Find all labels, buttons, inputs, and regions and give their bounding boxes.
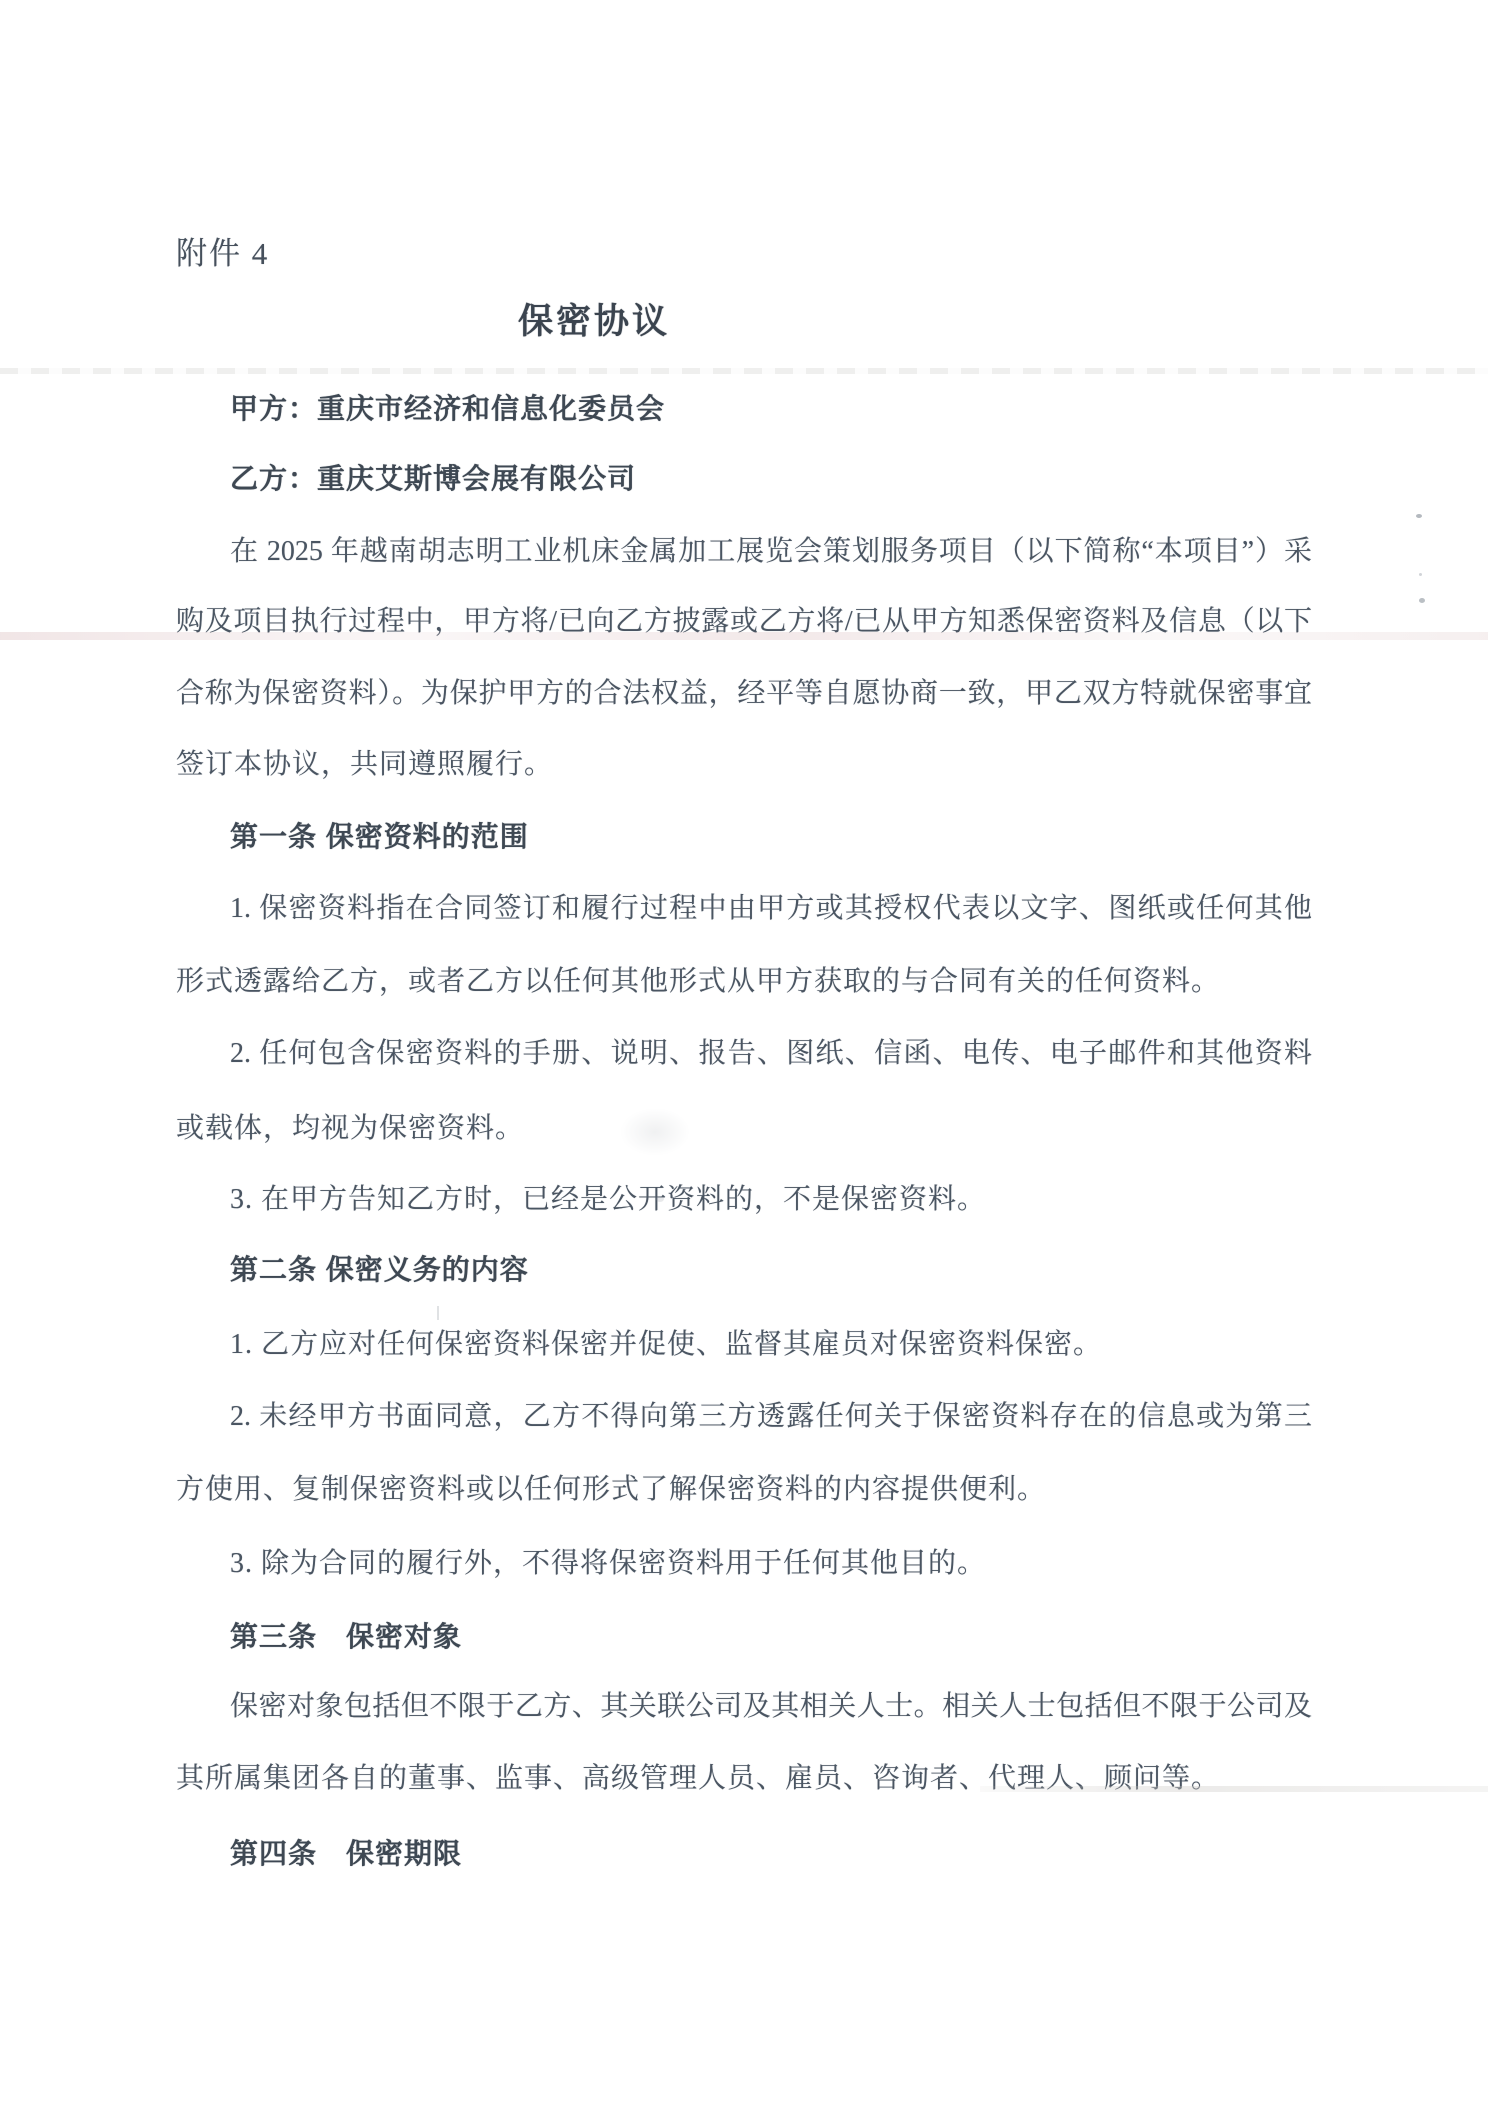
article-4-heading: 第四条 保密期限 — [230, 1837, 462, 1871]
preamble-line: 合称为保密资料）。为保护甲方的合法权益，经平等自愿协商一致，甲乙双方特就保密事宜 — [176, 677, 1312, 711]
article-1-heading: 第一条 保密资料的范围 — [230, 820, 529, 854]
scan-artifact-speck — [1416, 514, 1422, 518]
article-1-line: 或载体，均视为保密资料。 — [176, 1112, 524, 1146]
scan-artifact-speck — [1419, 598, 1425, 603]
article-1-line: 1. 保密资料指在合同签订和履行过程中由甲方或其授权代表以文字、图纸或任何其他 — [230, 892, 1312, 926]
article-1-line: 形式透露给乙方，或者乙方以任何其他形式从甲方获取的与合同有关的任何资料。 — [176, 965, 1220, 999]
article-3-heading: 第三条 保密对象 — [230, 1620, 462, 1654]
preamble-line: 签订本协议，共同遵照履行。 — [176, 748, 553, 782]
party-a-line: 甲方：重庆市经济和信息化委员会 — [230, 392, 665, 426]
scanned-document-page: 附件 4 保密协议 甲方：重庆市经济和信息化委员会 乙方：重庆艾斯博会展有限公司… — [0, 0, 1488, 2106]
scan-artifact-smudge — [620, 1108, 690, 1156]
article-2-heading: 第二条 保密义务的内容 — [230, 1253, 529, 1287]
preamble-line: 购及项目执行过程中，甲方将/已向乙方披露或乙方将/已从甲方知悉保密资料及信息（以… — [176, 605, 1312, 639]
article-2-line: 方使用、复制保密资料或以任何形式了解保密资料的内容提供便利。 — [176, 1473, 1046, 1507]
article-1-line: 2. 任何包含保密资料的手册、说明、报告、图纸、信函、电传、电子邮件和其他资料 — [230, 1037, 1312, 1071]
article-2-line: 3. 除为合同的履行外，不得将保密资料用于任何其他目的。 — [230, 1547, 986, 1581]
preamble-line: 在 2025 年越南胡志明工业机床金属加工展览会策划服务项目（以下简称“本项目”… — [230, 535, 1312, 569]
article-3-line: 保密对象包括但不限于乙方、其关联公司及其相关人士。相关人士包括但不限于公司及 — [230, 1690, 1312, 1724]
document-title: 保密协议 — [518, 305, 670, 339]
scan-artifact-speck — [1419, 573, 1422, 576]
article-3-line: 其所属集团各自的董事、监事、高级管理人员、雇员、咨询者、代理人、顾问等。 — [176, 1762, 1220, 1796]
scan-artifact-dotted-band — [0, 368, 1488, 374]
article-1-line: 3. 在甲方告知乙方时，已经是公开资料的，不是保密资料。 — [230, 1183, 986, 1217]
party-b-line: 乙方：重庆艾斯博会展有限公司 — [230, 462, 636, 496]
attachment-label: 附件 4 — [176, 237, 269, 271]
scan-artifact-scratch — [437, 1306, 439, 1320]
article-2-line: 1. 乙方应对任何保密资料保密并促使、监督其雇员对保密资料保密。 — [230, 1328, 1102, 1362]
article-2-line: 2. 未经甲方书面同意，乙方不得向第三方透露任何关于保密资料存在的信息或为第三 — [230, 1400, 1312, 1434]
